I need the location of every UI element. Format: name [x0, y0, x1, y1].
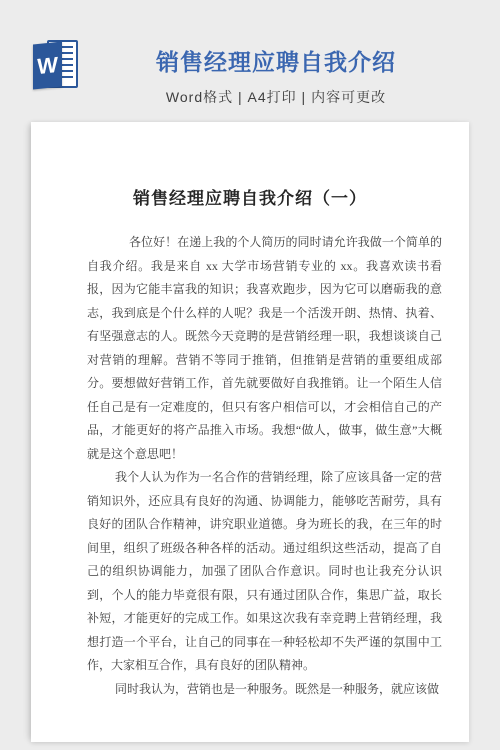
page-subtitle: Word格式 | A4打印 | 内容可更改	[52, 87, 500, 107]
header-text-block: 销售经理应聘自我介绍 Word格式 | A4打印 | 内容可更改	[0, 0, 500, 107]
document-body: 各位好！在递上我的个人简历的同时请允许我做一个简单的自我介绍。我是来自 xx 大…	[87, 231, 442, 701]
preview-header: W 销售经理应聘自我介绍 Word格式 | A4打印 | 内容可更改	[0, 0, 500, 122]
document-paragraph-3: 同时我认为，营销也是一种服务。既然是一种服务，就应该做	[87, 678, 442, 702]
document-paragraph-1: 各位好！在递上我的个人简历的同时请允许我做一个简单的自我介绍。我是来自 xx 大…	[87, 231, 442, 466]
document-page: 销售经理应聘自我介绍（一） 各位好！在递上我的个人简历的同时请允许我做一个简单的…	[31, 122, 469, 742]
document-paragraph-2: 我个人认为作为一名合作的营销经理，除了应该具备一定的营销知识外，还应具有良好的沟…	[87, 466, 442, 678]
document-title: 销售经理应聘自我介绍（一）	[31, 184, 469, 209]
page-title: 销售经理应聘自我介绍	[52, 44, 500, 77]
